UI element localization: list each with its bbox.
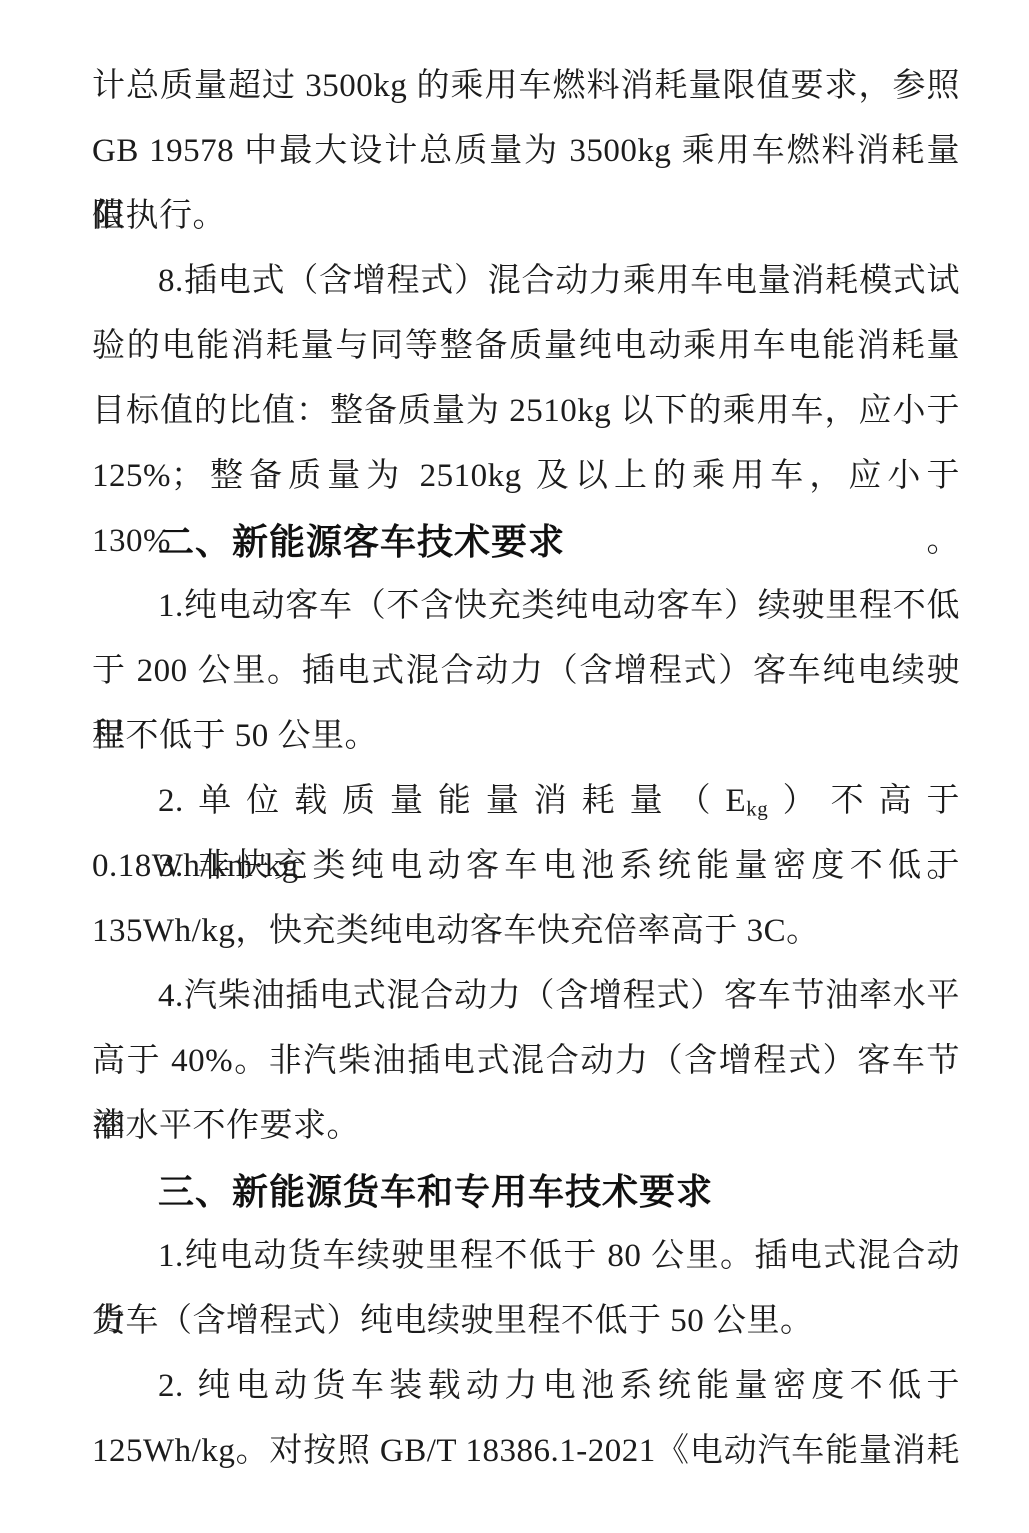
text-line: 2. 纯电动货车装载动力电池系统能量密度不低于 <box>92 1354 960 1419</box>
text-line: GB 19578 中最大设计总质量为 3500kg 乘用车燃料消耗量限 <box>92 119 960 184</box>
subscript-text: kg <box>746 797 768 821</box>
text-line: 8.插电式（含增程式）混合动力乘用车电量消耗模式试 <box>92 249 960 314</box>
text-line: 125Wh/kg。对按照 GB/T 18386.1-2021《电动汽车能量消耗 <box>92 1419 960 1484</box>
text-segment: 2.单位载质量能量消耗量（E <box>158 783 746 819</box>
text-line: 1.纯电动货车续驶里程不低于 80 公里。插电式混合动力 <box>92 1224 960 1289</box>
text-line: 2.单位载质量能量消耗量（Ekg）不高于 0.18Wh/km·kg。 <box>92 769 960 834</box>
text-line: 率水平不作要求。 <box>92 1094 960 1159</box>
text-line: 1.纯电动客车（不含快充类纯电动客车）续驶里程不低 <box>92 574 960 639</box>
text-line: 值执行。 <box>92 184 960 249</box>
text-line: 于 200 公里。插电式混合动力（含增程式）客车纯电续驶里 <box>92 639 960 704</box>
text-line: 3. 非快充类纯电动客车电池系统能量密度不低于 <box>92 834 960 899</box>
text-line: 125%；整备质量为 2510kg 及以上的乘用车，应小于 130%。 <box>92 444 960 509</box>
text-line: 货车（含增程式）纯电续驶里程不低于 50 公里。 <box>92 1289 960 1354</box>
text-line: 验的电能消耗量与同等整备质量纯电动乘用车电能消耗量 <box>92 314 960 379</box>
text-line: 135Wh/kg，快充类纯电动客车快充倍率高于 3C。 <box>92 899 960 964</box>
document-page: 计总质量超过 3500kg 的乘用车燃料消耗量限值要求，参照GB 19578 中… <box>0 0 1029 1533</box>
section-heading: 三、新能源货车和专用车技术要求 <box>92 1159 960 1224</box>
text-line: 4.汽柴油插电式混合动力（含增程式）客车节油率水平 <box>92 964 960 1029</box>
text-line: 高于 40%。非汽柴油插电式混合动力（含增程式）客车节油 <box>92 1029 960 1094</box>
document-body: 计总质量超过 3500kg 的乘用车燃料消耗量限值要求，参照GB 19578 中… <box>92 54 960 1484</box>
text-line: 程不低于 50 公里。 <box>92 704 960 769</box>
text-line: 目标值的比值：整备质量为 2510kg 以下的乘用车，应小于 <box>92 379 960 444</box>
text-line: 计总质量超过 3500kg 的乘用车燃料消耗量限值要求，参照 <box>92 54 960 119</box>
